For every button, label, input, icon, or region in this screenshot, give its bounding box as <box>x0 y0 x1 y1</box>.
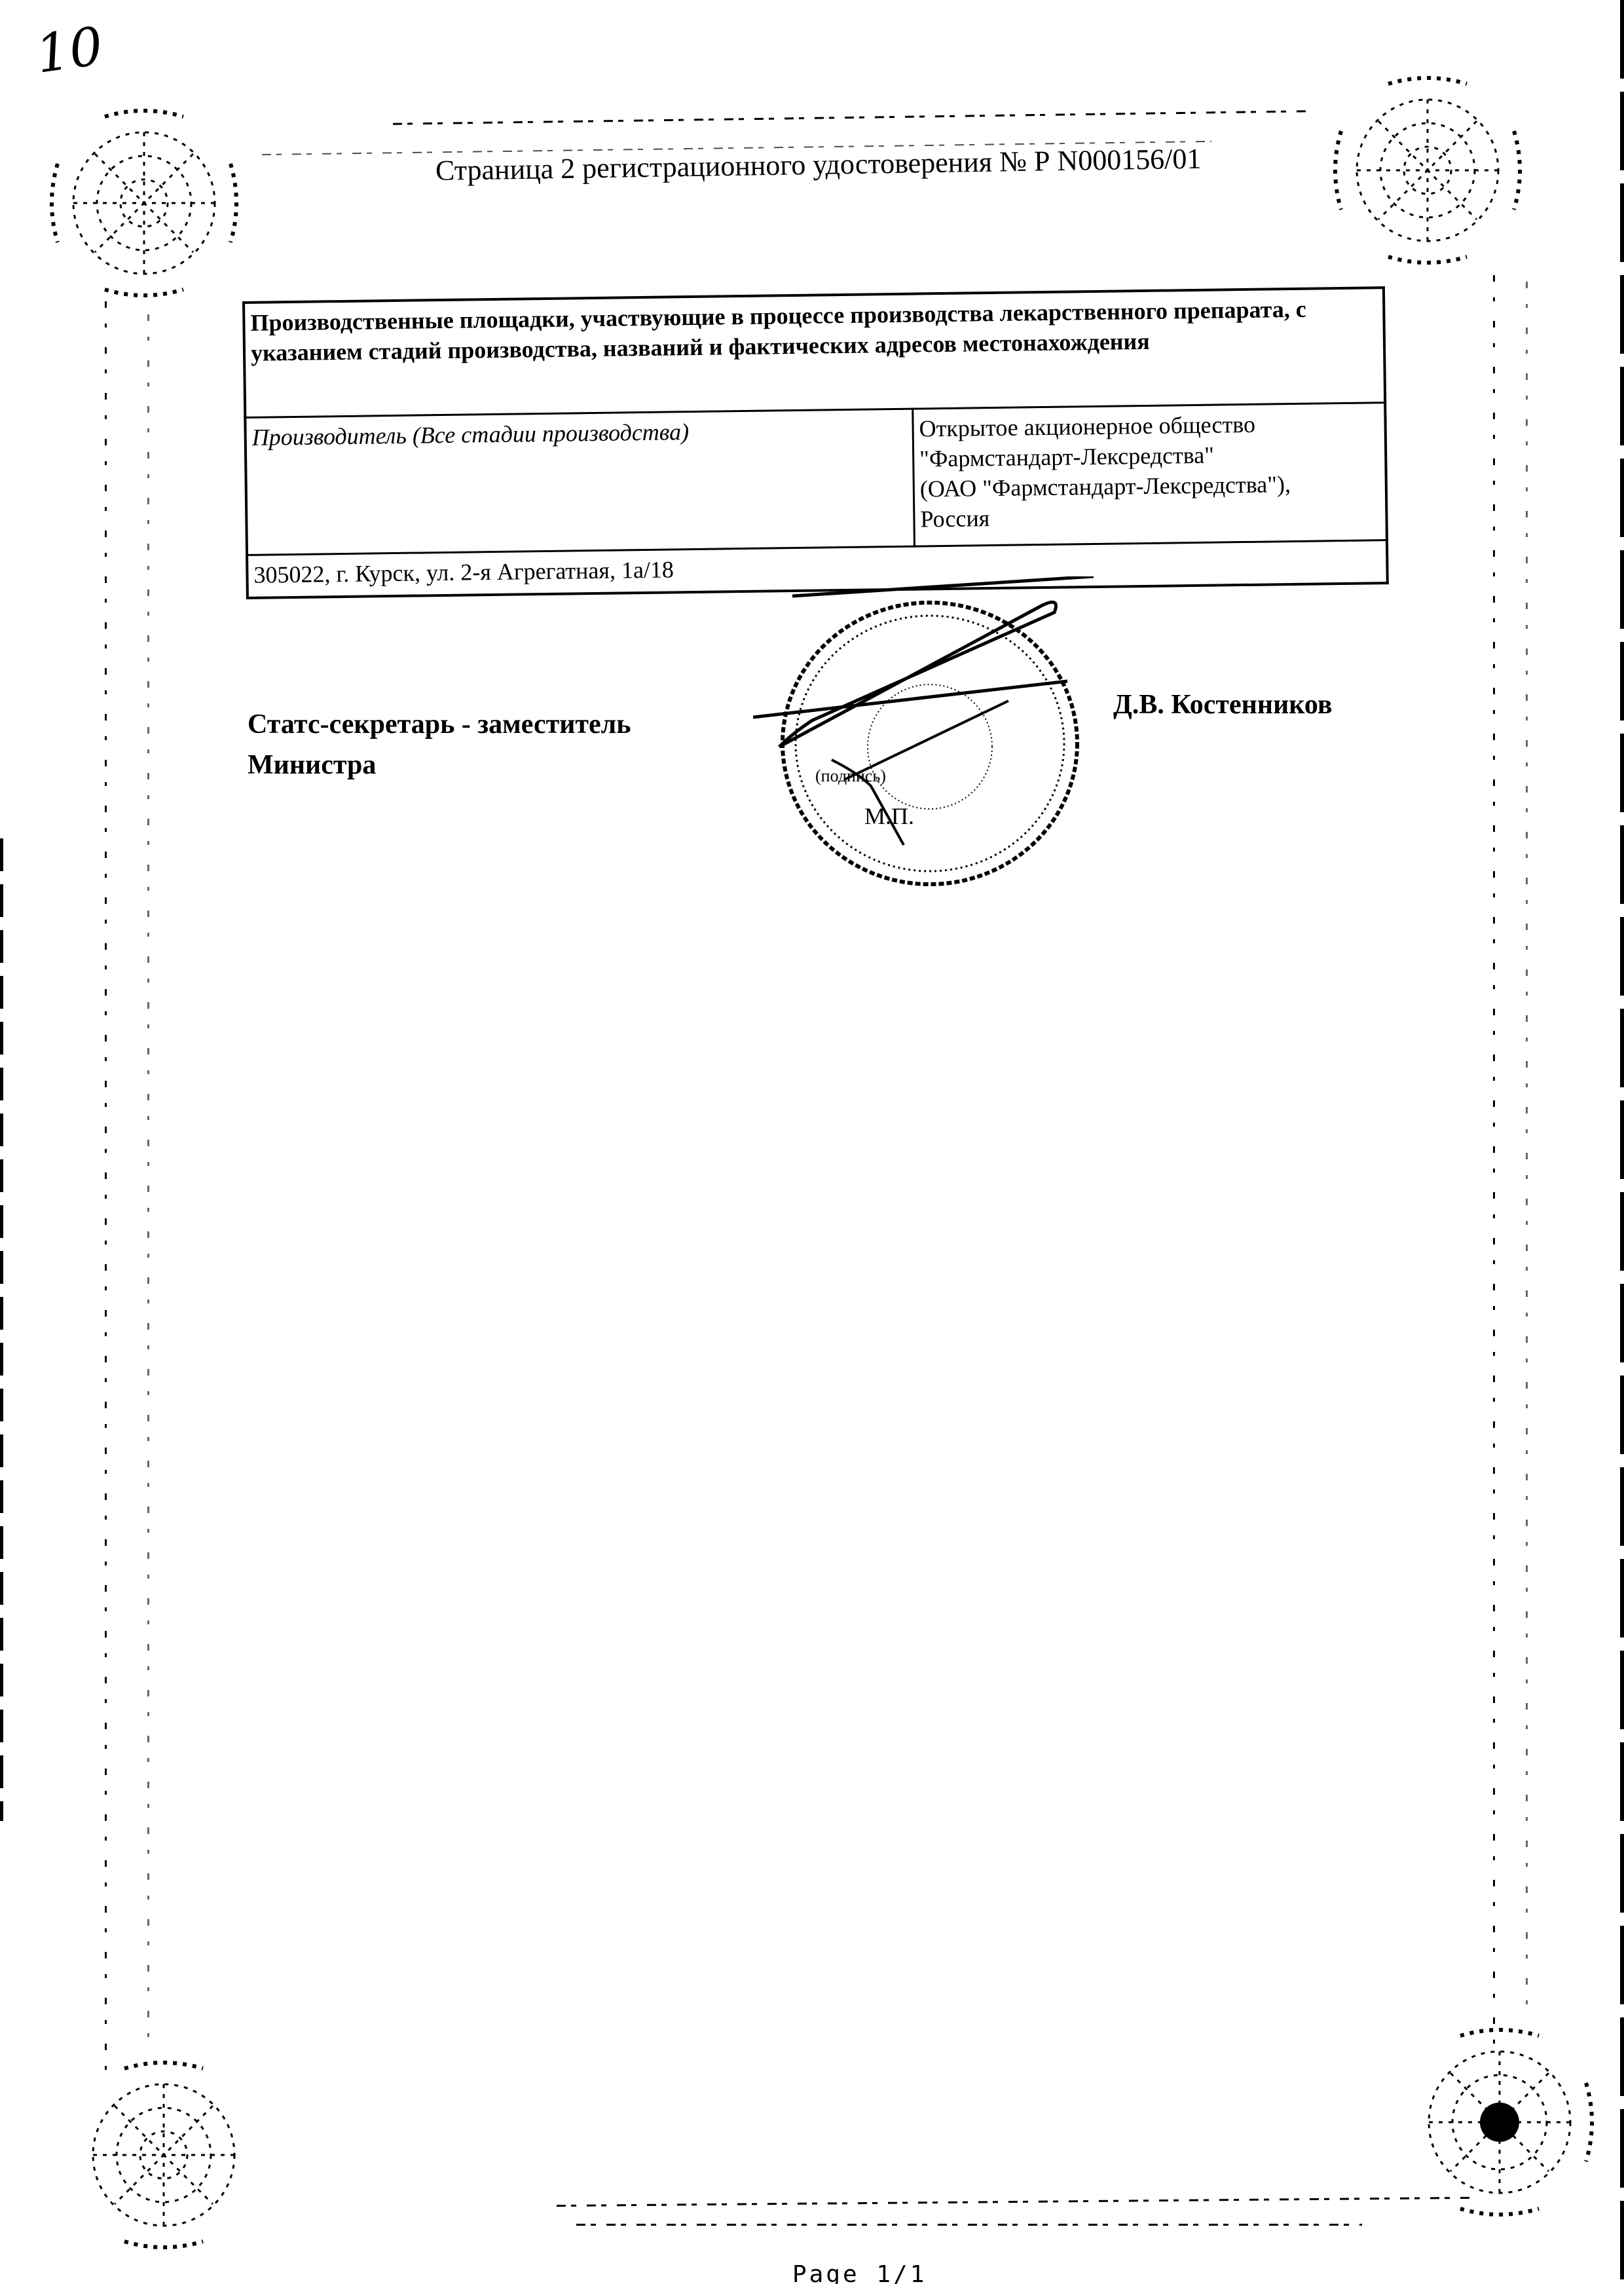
decorative-border-bottom-inner <box>576 2224 1362 2226</box>
table-row: Производитель (Все стадии производства) … <box>245 403 1387 555</box>
decorative-border-left-inner <box>147 314 149 2050</box>
company-line: Россия <box>920 498 1380 534</box>
decorative-border-right <box>1493 275 1495 2044</box>
table-header-row: Производственные площадки, участвующие в… <box>244 288 1385 417</box>
scan-edge-right <box>1620 0 1624 2284</box>
seal-place-hint: М.П. <box>864 802 914 830</box>
decorative-border-right-inner <box>1526 282 1528 2017</box>
official-seal-icon <box>753 576 1094 897</box>
corner-rosette-icon <box>1329 72 1526 269</box>
signature-hint: (подпись) <box>815 766 886 786</box>
handwritten-page-number: 10 <box>32 15 107 84</box>
page-footer: Page 1/1 <box>792 2261 927 2284</box>
signer-name: Д.В. Костенников <box>1113 689 1333 721</box>
decorative-border-top <box>393 110 1310 125</box>
decorative-border-bottom <box>557 2197 1473 2207</box>
page-title: Страница 2 регистрационного удостоверени… <box>435 142 1202 187</box>
signer-position-line: Министра <box>248 745 631 785</box>
manufacturing-sites-table: Производственные площадки, участвующие в… <box>242 286 1389 599</box>
scan-edge-left <box>0 838 3 1821</box>
table-header-cell: Производственные площадки, участвующие в… <box>244 288 1385 417</box>
corner-rosette-icon <box>46 105 242 301</box>
decorative-border-left <box>105 301 107 2070</box>
signer-position: Статс-секретарь - заместитель Министра <box>248 704 631 785</box>
corner-rosette-icon <box>65 2057 262 2253</box>
corner-rosette-icon <box>1401 2024 1598 2220</box>
signer-position-line: Статс-секретарь - заместитель <box>248 704 631 745</box>
production-stage-cell: Производитель (Все стадии производства) <box>245 409 914 555</box>
company-cell: Открытое акционерное общество "Фармстанд… <box>913 403 1387 546</box>
